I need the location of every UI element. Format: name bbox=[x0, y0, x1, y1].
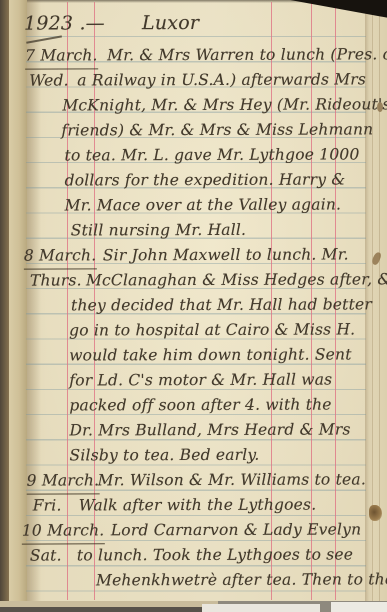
diary-line: Dr. Mrs Bulland, Mrs Heard & Mrs bbox=[0, 417, 387, 443]
entry-text-line: Mr. Wilson & Mr. Williams to tea. bbox=[98, 467, 366, 493]
entry-text-line: would take him down tonight. Sent bbox=[69, 342, 352, 368]
entry-day: Wed. bbox=[29, 68, 69, 93]
page-header: 1923 .— Luxor bbox=[0, 9, 386, 35]
entry-date: 10 March. bbox=[22, 518, 105, 544]
diary-line: 9 March. Mr. Wilson & Mr. Williams to te… bbox=[1, 467, 387, 493]
entry-text-line: go in to hospital at Cairo & Miss H. bbox=[69, 317, 355, 343]
diary-line: 8 March. Sir John Maxwell to lunch. Mr. bbox=[0, 242, 387, 268]
page-stack-edge-white bbox=[331, 602, 387, 612]
entry-text-line: dollars for the expedition. Harry & bbox=[65, 167, 346, 193]
place-title: Luxor bbox=[142, 10, 199, 36]
diary-line: Still nursing Mr. Hall. bbox=[0, 217, 387, 243]
entry-day: Sat. bbox=[30, 543, 62, 568]
diary-line: friends) & Mr. & Mrs & Miss Lehmann bbox=[0, 117, 386, 143]
manuscript-text: 1923 .— Luxor 7 March. Mr. & Mrs Warren … bbox=[0, 0, 387, 602]
entry-date: 9 March. bbox=[27, 468, 100, 494]
entry-date: 8 March. bbox=[24, 243, 97, 269]
entry-text-line: Mr. & Mrs Warren to lunch (Pres. of bbox=[107, 42, 387, 68]
entry-text-line: friends) & Mr. & Mrs & Miss Lehmann bbox=[61, 117, 373, 143]
entry-text-line: Mehenkhwetrè after tea. Then to the bbox=[96, 567, 387, 593]
entry-day: Fri. bbox=[33, 493, 62, 518]
page-stack-shadow bbox=[0, 607, 210, 612]
diary-line: Mr. Mace over at the Valley again. bbox=[0, 192, 387, 218]
entry-text-line: they decided that Mr. Hall had better bbox=[71, 292, 372, 318]
entry-text-line: to tea. Mr. L. gave Mr. Lythgoe 1000 bbox=[64, 142, 359, 168]
notebook-page: 1923 .— Luxor 7 March. Mr. & Mrs Warren … bbox=[0, 0, 387, 601]
diary-line: go in to hospital at Cairo & Miss H. bbox=[0, 317, 387, 343]
diary-line: for Ld. C's motor & Mr. Hall was bbox=[0, 367, 387, 393]
entry-date: 7 March. bbox=[25, 43, 98, 69]
diary-photo: { "colors": { "paper": "#e8dfc2", "ink":… bbox=[0, 0, 387, 612]
entry-text-line: Sir John Maxwell to lunch. Mr. bbox=[103, 242, 349, 268]
entry-text-line: for Ld. C's motor & Mr. Hall was bbox=[69, 368, 332, 394]
entry-text-line: Dr. Mrs Bulland, Mrs Heard & Mrs bbox=[69, 417, 350, 443]
entry-text-line: McKnight, Mr. & Mrs Hey (Mr. Rideout's bbox=[62, 92, 387, 118]
entry-text-line: McClanaghan & Miss Hedges after, & bbox=[86, 267, 387, 293]
diary-line: Mehenkhwetrè after tea. Then to the bbox=[1, 567, 387, 593]
entry-text-line: Walk after with the Lythgoes. bbox=[79, 493, 317, 519]
entry-text-line: Lord Carnarvon & Lady Evelyn bbox=[111, 517, 362, 543]
diary-line: Thurs. McClanaghan & Miss Hedges after, … bbox=[0, 267, 387, 293]
diary-line: to tea. Mr. L. gave Mr. Lythgoe 1000 bbox=[0, 142, 387, 168]
entry-text-line: Mr. Mace over at the Valley again. bbox=[65, 192, 342, 218]
page-stack-edge-white bbox=[202, 604, 320, 612]
diary-line: would take him down tonight. Sent bbox=[0, 342, 387, 368]
diary-line: Wed. a Railway in U.S.A.) afterwards Mrs bbox=[0, 67, 386, 93]
diary-line: 7 March. Mr. & Mrs Warren to lunch (Pres… bbox=[0, 42, 386, 68]
diary-line: they decided that Mr. Hall had better bbox=[0, 292, 387, 318]
year-underline-flourish bbox=[26, 35, 62, 43]
diary-line: packed off soon after 4. with the bbox=[0, 392, 387, 418]
entry-day: Thurs. bbox=[30, 268, 82, 293]
entry-text-line: a Railway in U.S.A.) afterwards Mrs bbox=[77, 67, 366, 93]
diary-line: Sat. to lunch. Took the Lythgoes to see bbox=[1, 542, 387, 568]
entry-text-line: packed off soon after 4. with the bbox=[69, 393, 331, 419]
diary-line: dollars for the expedition. Harry & bbox=[0, 167, 387, 193]
entry-text-line: Silsby to tea. Bed early. bbox=[69, 443, 259, 469]
diary-line: Fri. Walk after with the Lythgoes. bbox=[1, 492, 387, 518]
diary-line: Silsby to tea. Bed early. bbox=[0, 442, 387, 468]
entry-text-line: Still nursing Mr. Hall. bbox=[71, 218, 246, 244]
entry-text-line: to lunch. Took the Lythgoes to see bbox=[77, 542, 353, 568]
diary-line: McKnight, Mr. & Mrs Hey (Mr. Rideout's bbox=[0, 92, 386, 118]
diary-line: 10 March. Lord Carnarvon & Lady Evelyn bbox=[1, 517, 387, 543]
year-label: 1923 .— bbox=[24, 10, 105, 36]
